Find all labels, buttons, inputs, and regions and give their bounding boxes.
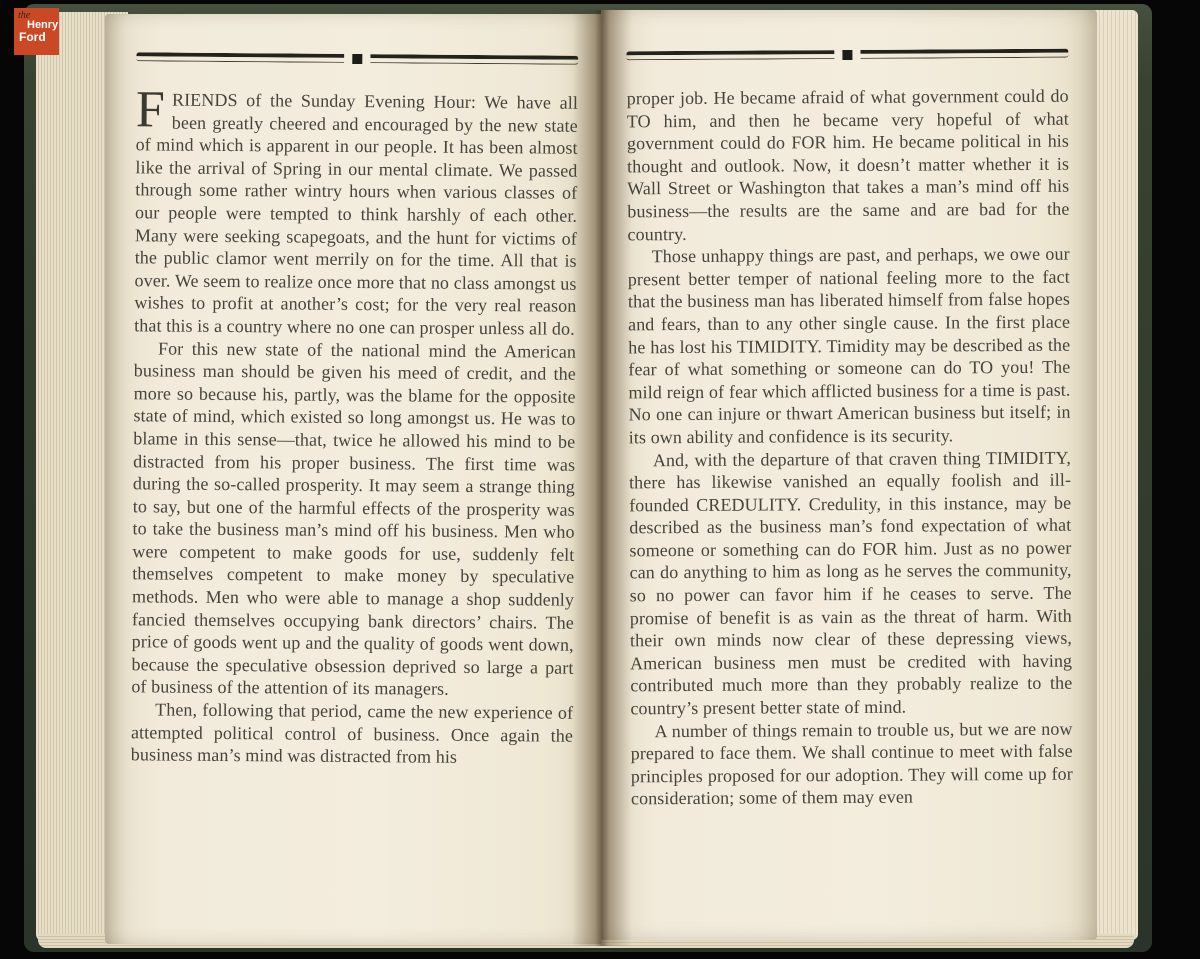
photo-background: FRIENDS of the Sunday Evening Hour: We h…	[0, 0, 1200, 959]
paragraph: FRIENDS of the Sunday Evening Hour: We h…	[134, 88, 578, 340]
header-ornament-left	[136, 52, 578, 67]
paragraph: Then, following that period, came the ne…	[131, 698, 574, 769]
ornament-square-icon	[352, 54, 362, 64]
ornament-rule-left	[136, 52, 344, 63]
right-page-text: proper job. He became afraid of what gov…	[627, 85, 1073, 811]
header-ornament-right	[626, 49, 1068, 64]
paragraph: A number of things remain to trouble us,…	[630, 717, 1073, 810]
paragraph: Those unhappy things are past, and perha…	[628, 243, 1071, 449]
ornament-rule-right	[370, 54, 578, 65]
ornament-rule-left	[626, 50, 834, 60]
henry-ford-logo: the Henry Ford	[14, 8, 59, 55]
left-page: FRIENDS of the Sunday Evening Hour: We h…	[105, 14, 601, 944]
ornament-square-icon	[842, 50, 852, 60]
paragraph-text: RIENDS of the Sunday Evening Hour: We ha…	[134, 90, 578, 339]
paragraph: And, with the departure of that craven t…	[629, 446, 1073, 720]
logo-text-ford: Ford	[19, 31, 56, 44]
left-page-text: FRIENDS of the Sunday Evening Hour: We h…	[131, 88, 578, 769]
right-page: proper job. He became afraid of what gov…	[601, 10, 1097, 940]
paragraph: proper job. He became afraid of what gov…	[627, 85, 1070, 246]
drop-cap: F	[136, 88, 172, 130]
book-cover: FRIENDS of the Sunday Evening Hour: We h…	[24, 4, 1152, 952]
paragraph: For this new state of the national mind …	[131, 337, 576, 702]
ornament-rule-right	[860, 49, 1068, 59]
